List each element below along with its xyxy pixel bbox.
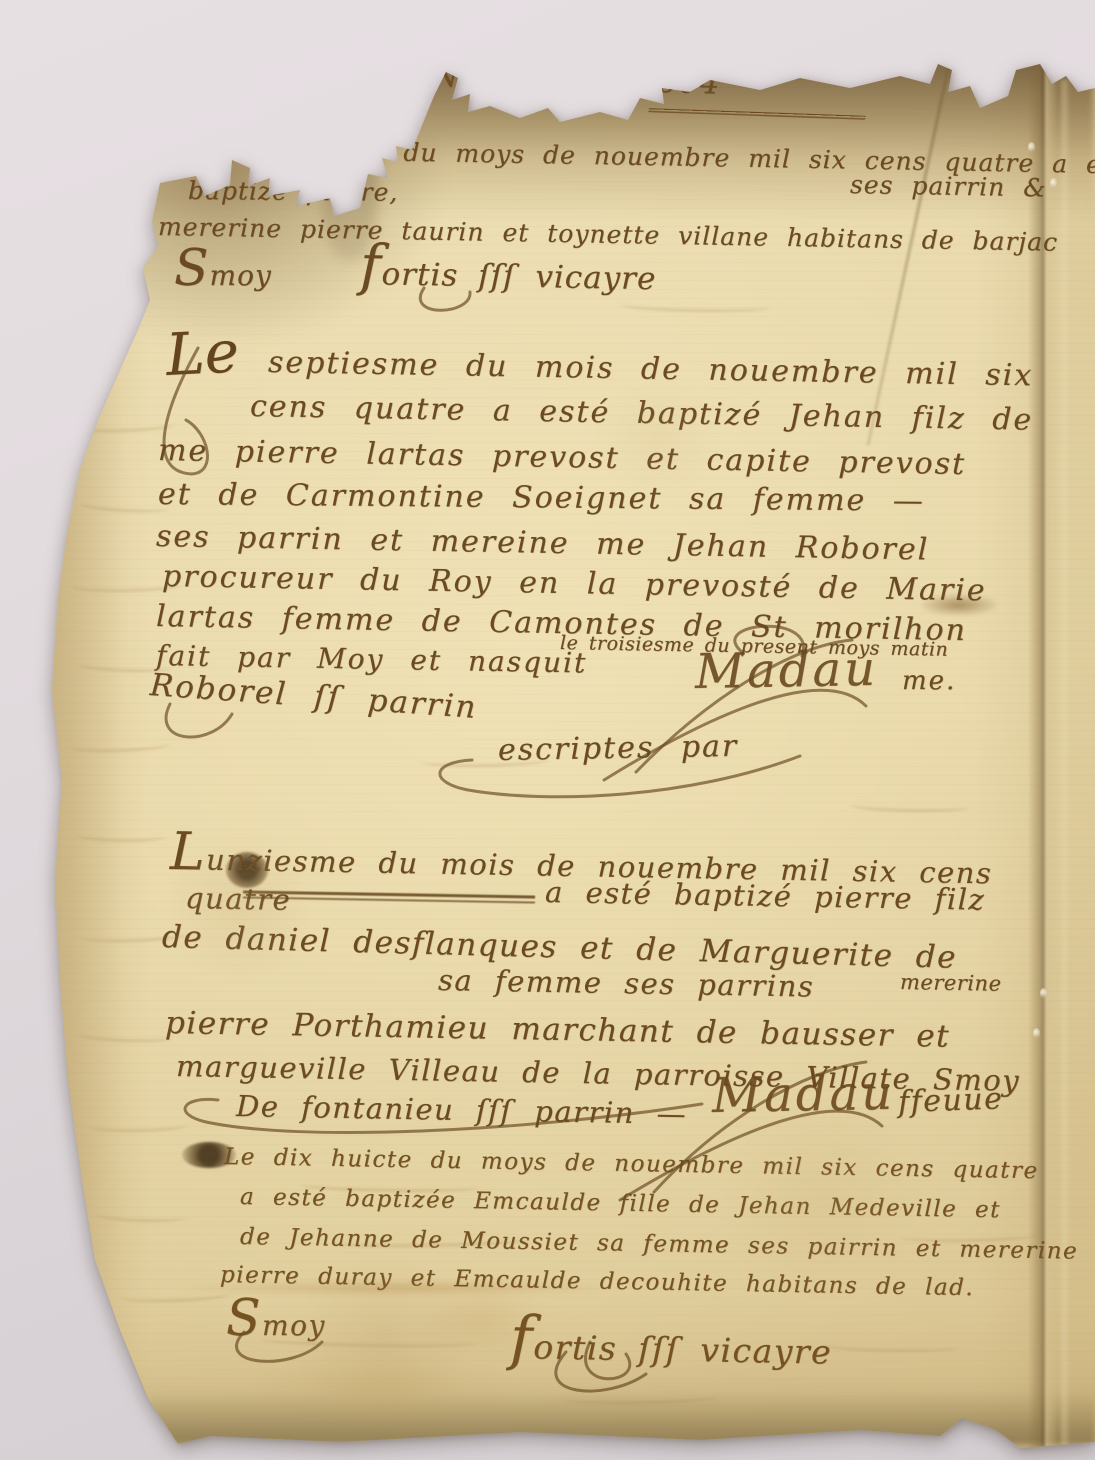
madau-flourish: [604, 690, 866, 780]
entry-line: Roborel ſſ parrin: [149, 670, 478, 724]
flourish-overlay: [0, 0, 1095, 1460]
ink-layer: Nouembre 1604 Le troysiesme du moys de n…: [0, 0, 1095, 1460]
fortis-paraph-flourish: [420, 288, 470, 310]
fold-highlight: [1062, 80, 1070, 1460]
bleed-through-mark: [330, 1233, 530, 1248]
bleed-through-mark: [70, 738, 170, 753]
entry-line: mererine: [900, 972, 1002, 995]
entry-line: pierre Porthamieu marchant de bausser et: [165, 1008, 951, 1053]
fortis-bottom-flourish: [586, 1342, 630, 1379]
entry-line: lartas femme de Camontes de St morilhon: [156, 602, 967, 646]
bleed-through-mark: [88, 1119, 188, 1133]
bleed-through-mark: [300, 1178, 480, 1193]
entry-line: ses parrin et mereine me Jehan Roborel: [156, 522, 930, 565]
bleed-through-mark: [82, 928, 187, 944]
entry-line: Le troysiesme du moys de nouembre mil si…: [186, 136, 1095, 178]
entry-initial: Le: [164, 322, 240, 384]
entry-line: procureur du Roy en la prevosté de Marie: [162, 562, 987, 606]
escriptes-flourish: [440, 756, 800, 797]
madau-flourish: [636, 640, 852, 772]
bleed-through-mark: [420, 754, 550, 768]
stitch-glint: [1040, 988, 1047, 999]
bleed-through-mark: [850, 799, 970, 813]
stitch-glint: [1028, 142, 1035, 153]
signature-suffix: ffeuue: [897, 1084, 1003, 1118]
signature-suffix: me.: [902, 668, 956, 694]
water-stain: [420, 1286, 540, 1356]
signer-mark: Smoy: [226, 1300, 326, 1340]
water-stain: [260, 1360, 500, 1412]
bottom-edge-grime: [150, 1392, 1095, 1444]
ink-blot: [182, 1142, 236, 1168]
left-edge-toning: [40, 250, 150, 1400]
entry-line: a esté baptizé pierre filz: [545, 878, 986, 915]
ink-blot: [226, 852, 268, 888]
entry-line: fait par Moy et nasquit: [156, 642, 588, 678]
entry-line: et de Carmontine Soeignet sa femme —: [158, 480, 925, 517]
month-heading: Nouembre 1604: [432, 62, 722, 100]
smoy-flourish: [237, 1332, 322, 1361]
entry-line: Lunziesme du mois de nouembre mil six ce…: [170, 834, 993, 888]
signer-mark: Smoy: [174, 250, 272, 290]
madau-flourish: [654, 1062, 866, 1192]
entry-line: mererine pierre taurin et toynette villa…: [158, 214, 1059, 255]
torn-corner-stain: [120, 130, 450, 350]
stitch-glint: [1033, 1028, 1040, 1039]
inserted-note: le troisiesme du present moys matin: [560, 634, 949, 660]
bleed-through-mark: [72, 579, 182, 593]
initial-descender-flourish: [164, 348, 207, 474]
fontanieu-underline-flourish: [185, 1099, 702, 1132]
entry-line: cens quatre a esté baptizé Jehan filz de: [250, 392, 1034, 436]
madau-flourish: [735, 626, 804, 656]
entry-line: de daniel desflanques et de Marguerite d…: [162, 922, 958, 974]
damage-layer: [0, 0, 1095, 1460]
entry-line: margueville Villeau de la parroisse Vill…: [176, 1052, 1021, 1096]
entry-line: sa femme ses parrins: [438, 966, 815, 1002]
bleed-through-mark: [80, 498, 171, 515]
bleed-through-mark: [78, 658, 173, 673]
bleed-through-mark: [120, 1288, 230, 1304]
soot-streak: [322, 100, 378, 260]
fortis-bottom-flourish: [556, 1352, 646, 1391]
entry-line: pierre duray et Emcaulde decouhite habit…: [220, 1264, 975, 1300]
manuscript-photo: Nouembre 1604 Le troysiesme du moys de n…: [0, 0, 1095, 1460]
bleed-through-mark: [620, 299, 770, 314]
ink-smear: [920, 594, 998, 616]
bleed-through-mark: [260, 1333, 480, 1349]
madau-flourish: [620, 1111, 882, 1200]
binding-seam: [1028, 58, 1058, 1460]
entry-line: Le dix huicte du moys de nouembre mil si…: [224, 1146, 1039, 1183]
roborel-descender: [166, 704, 232, 737]
entry-line: quatre: [185, 884, 292, 915]
manuscript-page-wrap: Nouembre 1604 Le troysiesme du moys de n…: [0, 0, 1095, 1460]
bleed-through-mark: [900, 1229, 1040, 1243]
bleed-through-mark: [820, 1339, 960, 1353]
bleed-through-mark: [560, 1391, 720, 1406]
manuscript-page: Nouembre 1604 Le troysiesme du moys de n…: [0, 0, 1095, 1460]
signature: Madau: [695, 645, 879, 696]
bleed-through-mark: [78, 1028, 173, 1043]
closing-line: escriptes par: [498, 732, 739, 766]
entry-line: septiesme du mois de nouembre mil six: [268, 348, 1034, 391]
bleed-through-mark: [96, 1208, 186, 1223]
bleed-through-mark: [76, 829, 166, 843]
bleed-through-mark: [75, 418, 175, 433]
entry-line: de Jehanne de Moussiet sa femme ses pair…: [240, 1226, 1079, 1264]
entry-line: a esté baptizée Emcaulde fille de Jehan …: [240, 1186, 1001, 1222]
stitch-glint: [1050, 178, 1057, 189]
signature: fortis ſſſ vicayre: [360, 246, 657, 295]
signature: fortis ſſſ vicayre: [510, 1318, 833, 1369]
entry-line: De fontanieu ſſſ parrin —: [236, 1092, 688, 1129]
entry-line: me pierre lartas prevost et capite prevo…: [158, 436, 967, 480]
water-stain-streak: [188, 1280, 608, 1296]
signature: Madau: [712, 1069, 896, 1120]
diagonal-crease: [867, 62, 951, 446]
torn-edge-stain: [130, 50, 1095, 220]
entry-line: baptizé pierre,: [188, 178, 399, 205]
heading-underline: [648, 108, 866, 120]
strikethrough-correction: [243, 890, 535, 907]
entry-line: ses pairrin &: [850, 172, 1047, 200]
